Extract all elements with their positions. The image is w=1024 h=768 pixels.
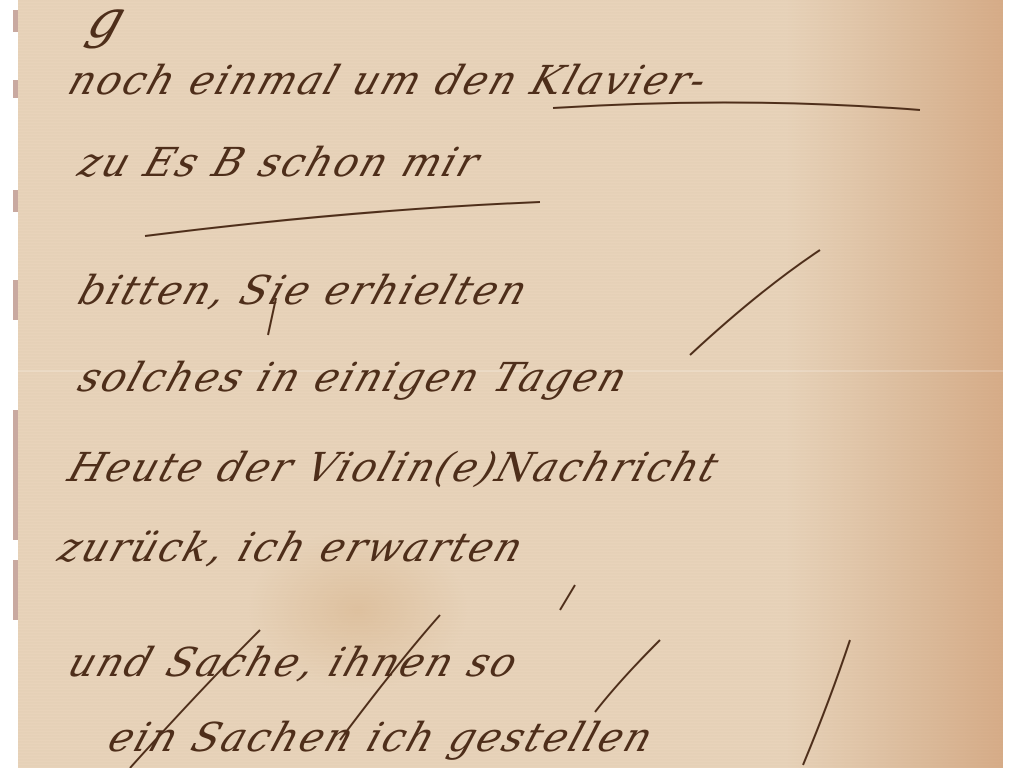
handwritten-line-4: bitten, Sie erhielten: [73, 268, 535, 314]
handwritten-line-2: noch einmal um den Klavier-: [63, 58, 715, 104]
handwritten-line-3: zu Es B schon mir: [73, 140, 487, 186]
handwritten-line-6: Heute der Violin(e)Nachricht: [63, 445, 726, 491]
edge-stain: [13, 10, 18, 32]
handwritten-line-8: und Sache, ihnen so: [63, 640, 525, 686]
edge-stain: [13, 280, 18, 320]
edge-stain: [13, 560, 18, 620]
handwritten-line-5: solches in einigen Tagen: [73, 355, 635, 401]
handwritten-line-7: zurück, ich erwarten: [53, 525, 531, 571]
edge-stain: [13, 190, 18, 212]
handwritten-line-9: ein Sachen ich gestellen: [103, 715, 661, 761]
edge-stain: [13, 80, 18, 98]
edge-stain: [13, 410, 18, 540]
